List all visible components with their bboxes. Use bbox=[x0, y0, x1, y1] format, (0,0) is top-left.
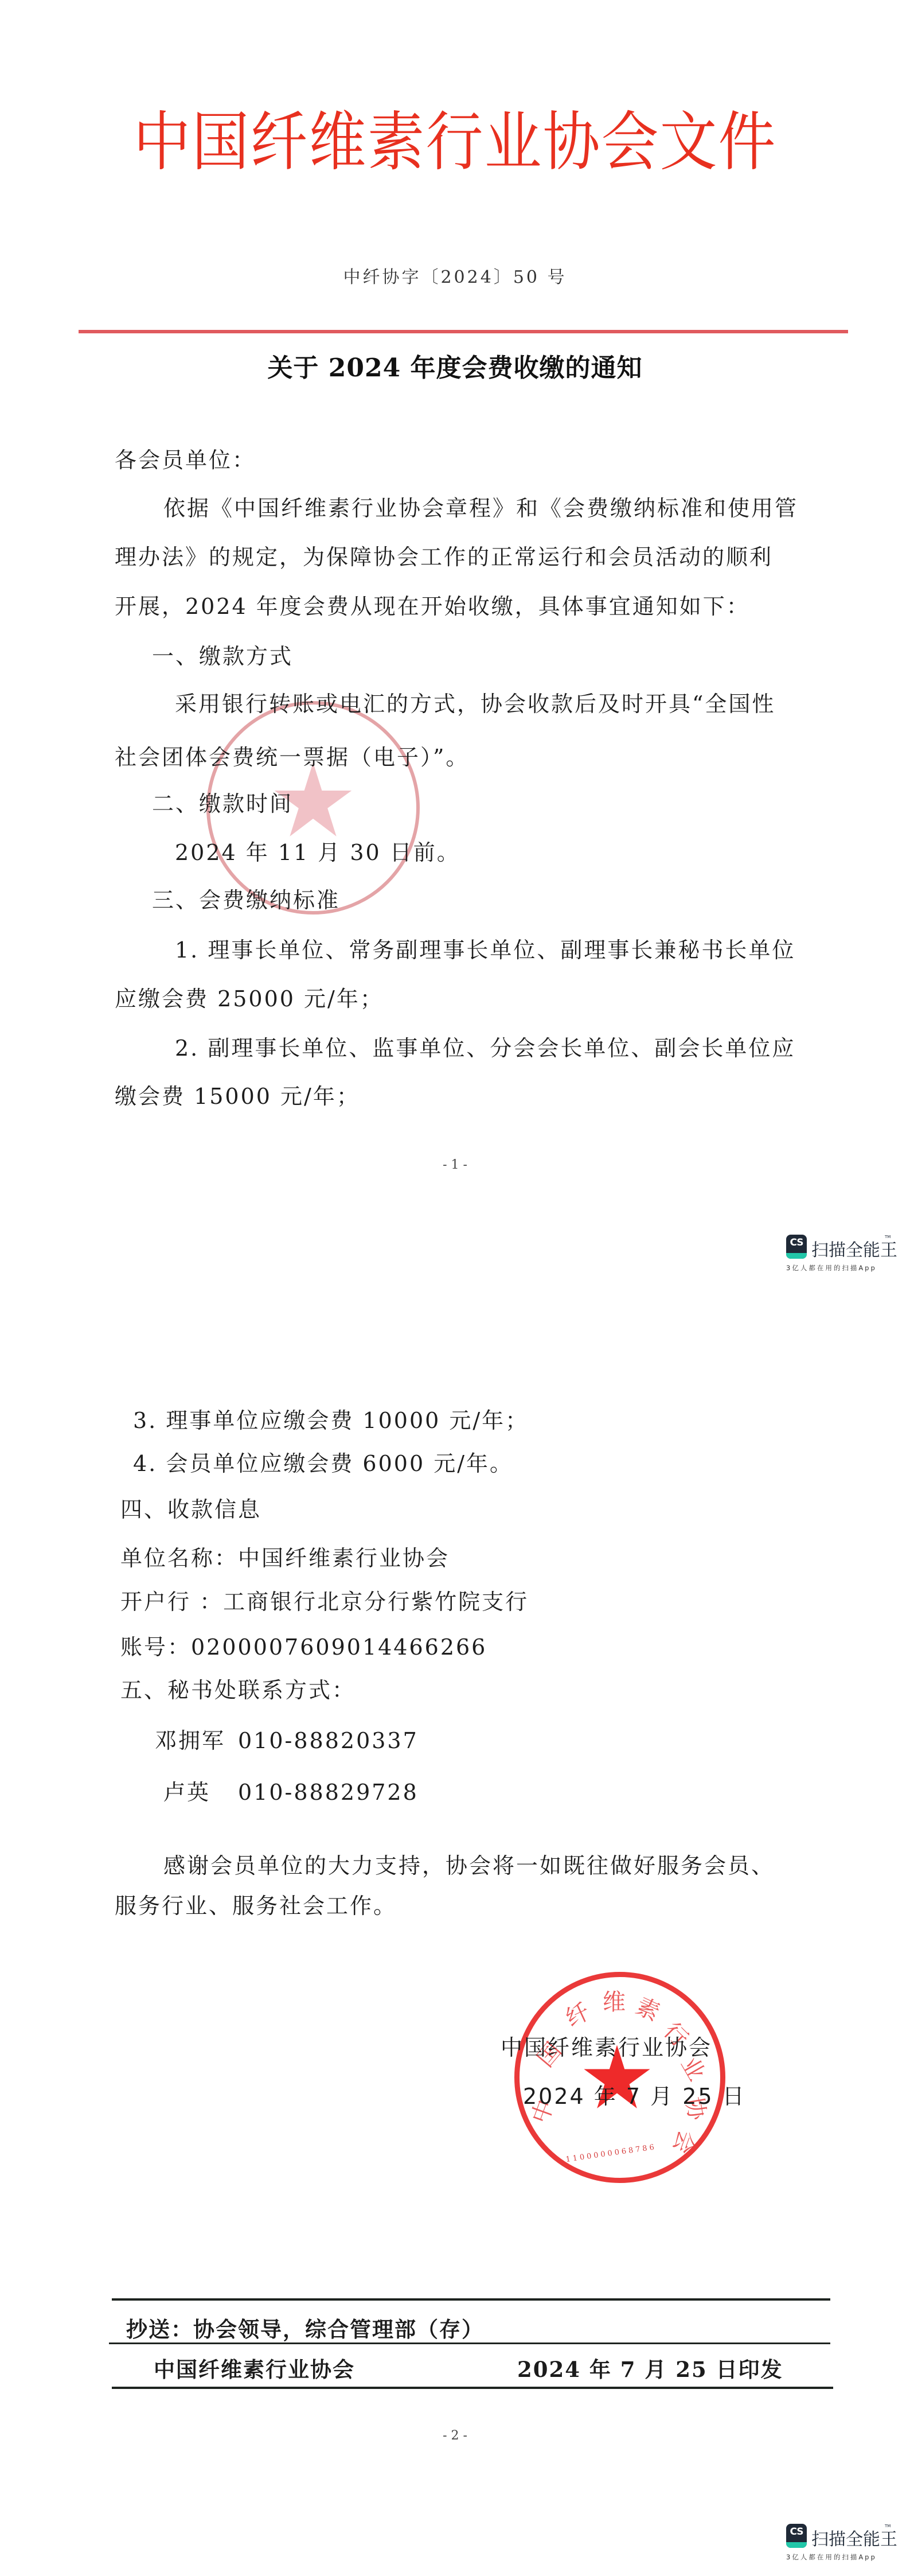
section-heading-fee-standard: 三、会费缴纳标准 bbox=[152, 886, 340, 914]
page-number: - 1 - bbox=[0, 1158, 910, 1172]
fee-item: 4. 会员单位应缴会费 6000 元/年。 bbox=[133, 1450, 513, 1477]
footer-issue-date: 2024 年 7 月 25 日印发 bbox=[517, 2352, 783, 2383]
footer-issuer: 中国纤维素行业协会 bbox=[154, 2352, 355, 2383]
page-number: - 2 - bbox=[0, 2429, 910, 2443]
intro-line: 开展，2024 年度会费从现在开始收缴，具体事宜通知如下： bbox=[115, 593, 750, 620]
document-number: 中纤协字〔2024〕50 号 bbox=[0, 263, 910, 288]
intro-line: 理办法》的规定，为保障协会工作的正常运行和会员活动的顺利 bbox=[115, 543, 773, 571]
cs-tagline: 3亿人都在用的扫描App bbox=[786, 2552, 877, 2562]
section-heading-payment-time: 二、缴款时间 bbox=[152, 790, 293, 818]
fee-item: 应缴会费 25000 元/年； bbox=[115, 985, 384, 1013]
fee-item: 1. 理事长单位、常务副理事长单位、副理事长兼秘书长单位 bbox=[175, 936, 795, 964]
payee-account-number: 账号：0200007609014466266 bbox=[120, 1633, 487, 1661]
payee-bank: 开户行 ：工商银行北京分行紫竹院支行 bbox=[120, 1588, 529, 1616]
payee-unit-name: 单位名称：中国纤维素行业协会 bbox=[120, 1544, 450, 1572]
section-heading-contacts: 五、秘书处联系方式： bbox=[120, 1676, 356, 1704]
section-heading-payment-method: 一、缴款方式 bbox=[152, 643, 293, 670]
section-heading-payee-info: 四、收款信息 bbox=[120, 1496, 261, 1523]
cs-logo-icon: CS bbox=[786, 2524, 807, 2548]
cs-tagline: 3亿人都在用的扫描App bbox=[786, 1263, 877, 1273]
signature-date: 2024 年 7 月 25 日 bbox=[523, 2079, 746, 2110]
contact-name: 邓拥军 bbox=[155, 1727, 225, 1754]
contact-name: 卢英 bbox=[163, 1779, 210, 1806]
fee-item: 2. 副理事长单位、监事单位、分会会长单位、副会长单位应 bbox=[175, 1034, 795, 1062]
signature-org: 中国纤维素行业协会 bbox=[501, 2030, 712, 2061]
notice-title: 关于 2024 年度会费收缴的通知 bbox=[0, 347, 910, 384]
cs-logo-icon: CS bbox=[786, 1235, 807, 1259]
intro-line: 依据《中国纤维素行业协会章程》和《会费缴纳标准和使用管 bbox=[163, 495, 798, 522]
footer-cc: 抄送：协会领导，综合管理部（存） bbox=[126, 2312, 484, 2343]
document-header-title: 中国纤维素行业协会文件 bbox=[0, 104, 910, 181]
footer-rule-bottom bbox=[112, 2387, 833, 2389]
footer-rule-top bbox=[112, 2298, 830, 2301]
section-text: 采用银行转账或电汇的方式，协会收款后及时开具“全国性 bbox=[175, 690, 775, 718]
section-text: 社会团体会费统一票据（电子）”。 bbox=[115, 744, 469, 771]
camscanner-watermark: CS 扫描全能王 TM 3亿人都在用的扫描App bbox=[786, 2524, 901, 2570]
footer-rule-middle bbox=[109, 2342, 830, 2344]
section-text: 2024 年 11 月 30 日前。 bbox=[175, 839, 460, 866]
cs-app-name: 扫描全能王 bbox=[811, 2525, 897, 2550]
fee-item: 3. 理事单位应缴会费 10000 元/年； bbox=[133, 1407, 529, 1434]
salutation: 各会员单位： bbox=[115, 446, 256, 474]
contact-phone: 010-88820337 bbox=[238, 1727, 419, 1754]
camscanner-watermark: CS 扫描全能王 TM 3亿人都在用的扫描App bbox=[786, 1235, 901, 1281]
red-divider bbox=[79, 330, 848, 333]
official-seal-stamp: 中 国 纤 维 素 行 业 协 会 1100000068786 bbox=[514, 1972, 725, 2183]
fee-item: 缴会费 15000 元/年； bbox=[115, 1083, 360, 1110]
contact-phone: 010-88829728 bbox=[238, 1779, 419, 1806]
closing-text: 服务行业、服务社会工作。 bbox=[115, 1892, 397, 1920]
closing-text: 感谢会员单位的大力支持，协会将一如既往做好服务会员、 bbox=[163, 1852, 775, 1880]
cs-app-name: 扫描全能王 bbox=[811, 1236, 897, 1261]
